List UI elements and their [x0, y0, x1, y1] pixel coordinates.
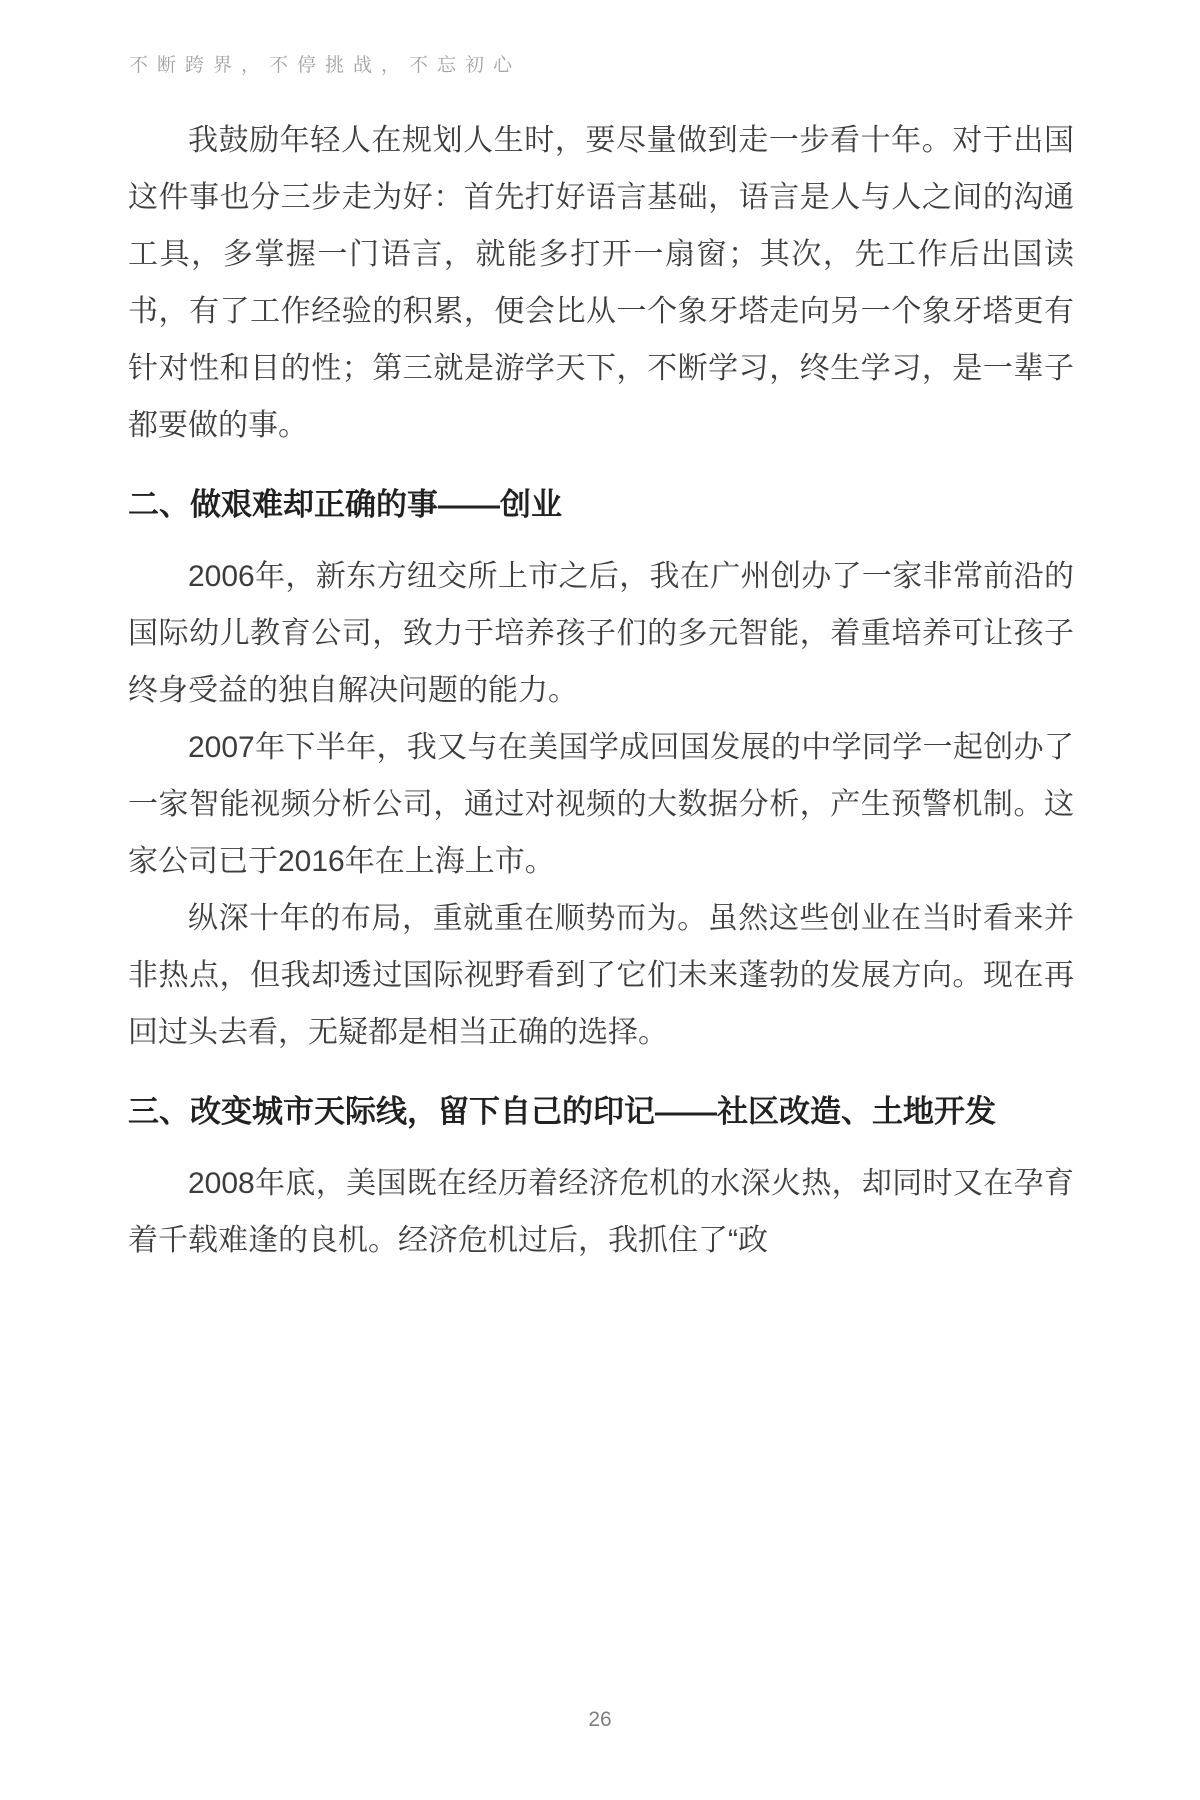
paragraph-2007-company: 2007年下半年，我又与在美国学成回国发展的中学同学一起创办了一家智能视频分析公…: [128, 719, 1074, 890]
book-page: 不断跨界，不停挑战，不忘初心 我鼓励年轻人在规划人生时，要尽量做到走一步看十年。…: [0, 0, 1200, 1800]
paragraph-2008-crisis: 2008年底，美国既在经历着经济危机的水深火热，却同时又在孕育着千载难逢的良机。…: [128, 1155, 1074, 1269]
section-heading-entrepreneurship: 二、做艰难却正确的事——创业: [128, 483, 1074, 527]
paragraph-ten-year-layout: 纵深十年的布局，重就重在顺势而为。虽然这些创业在当时看来并非热点，但我却透过国际…: [128, 890, 1074, 1061]
section-heading-skyline: 三、改变城市天际线，留下自己的印记——社区改造、土地开发: [128, 1090, 1074, 1134]
paragraph-life-planning: 我鼓励年轻人在规划人生时，要尽量做到走一步看十年。对于出国这件事也分三步走为好：…: [128, 112, 1074, 454]
page-content: 我鼓励年轻人在规划人生时，要尽量做到走一步看十年。对于出国这件事也分三步走为好：…: [128, 112, 1074, 1269]
page-number: 26: [0, 1708, 1200, 1732]
paragraph-2006-company: 2006年，新东方纽交所上市之后，我在广州创办了一家非常前沿的国际幼儿教育公司，…: [128, 548, 1074, 719]
running-header: 不断跨界，不停挑战，不忘初心: [129, 50, 521, 77]
